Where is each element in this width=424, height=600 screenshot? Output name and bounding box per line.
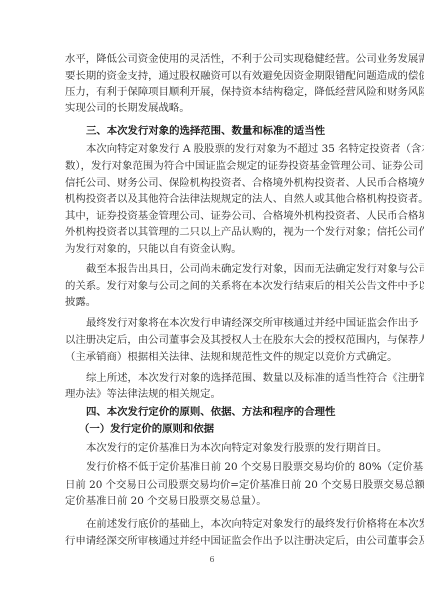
text-line: 外机构投资者以其管理的二只以上产品认购的，视为一个发行对象；信托公司作 — [65, 226, 361, 239]
text-line: 日前 20 个交易日公司股票交易均价=定价基准日前 20 个交易日股票交易总额/ — [65, 479, 361, 492]
text-line: 信托公司、财务公司、保险机构投资者、合格境外机构投资者、人民币合格境外 — [65, 177, 361, 190]
section-heading: 四、本次发行定价的原则、依据、方法和程序的合理性 — [65, 406, 361, 419]
text-line: 为发行对象的，只能以自有资金认购。 — [65, 243, 361, 256]
text-line: （主承销商）根据相关法律、法规和规范性文件的规定以竞价方式确定。 — [65, 351, 361, 364]
page-number: 6 — [0, 555, 424, 564]
text-line: 定价基准日前 20 个交易日股票交易总量）。 — [65, 495, 361, 508]
text-line: 机构投资者以及其他符合法律法规规定的法人、自然人或其他合格机构投资者。 — [65, 193, 361, 206]
text-line: 截至本报告出具日，公司尚未确定发行对象，因而无法确定发行对象与公司 — [65, 263, 361, 276]
text-line: 其中，证券投资基金管理公司、证券公司、合格境外机构投资者、人民币合格境 — [65, 210, 361, 223]
text-line: 要长期的资金支持，通过股权融资可以有效避免因资金期限错配问题造成的偿债 — [65, 70, 361, 83]
text-line: 在前述发行底价的基础上，本次向特定对象发行的最终发行价格将在本次发 — [65, 518, 361, 531]
text-line: 披露。 — [65, 296, 361, 309]
document-page: 水平，降低公司资金使用的灵活性，不利于公司实现稳健经营。公司业务发展需要长期的资… — [0, 0, 424, 600]
text-line: 压力，有利于保障项目顺利开展，保持资本结构稳定，降低经营风险和财务风险， — [65, 86, 361, 99]
text-line: 以注册决定后，由公司董事会及其授权人士在股东大会的授权范围内，与保荐人 — [65, 334, 361, 347]
text-line: 行申请经深交所审核通过并经中国证监会作出予以注册决定后，由公司董事会及 — [65, 535, 361, 548]
section-heading: （一）发行定价的原则和依据 — [65, 423, 361, 436]
text-line: 最终发行对象将在本次发行申请经深交所审核通过并经中国证监会作出予 — [65, 317, 361, 330]
text-line: 本次向特定对象发行 A 股股票的发行对象为不超过 35 名特定投资者（含本 — [65, 143, 361, 156]
section-heading: 三、本次发行对象的选择范围、数量和标准的适当性 — [65, 125, 361, 138]
text-line: 水平，降低公司资金使用的灵活性，不利于公司实现稳健经营。公司业务发展需 — [65, 53, 361, 66]
text-line: 本次发行的定价基准日为本次向特定对象发行股票的发行期首日。 — [65, 442, 361, 455]
text-line: 数），发行对象范围为符合中国证监会规定的证券投资基金管理公司、证券公司、 — [65, 160, 361, 173]
text-line: 的关系。发行对象与公司之间的关系将在本次发行结束后的相关公告文件中予以 — [65, 280, 361, 293]
text-line: 理办法》等法律法规的相关规定。 — [65, 388, 361, 401]
text-line: 发行价格不低于定价基准日前 20 个交易日股票交易均价的 80%（定价基准 — [65, 461, 361, 474]
text-line: 综上所述，本次发行对象的选择范围、数量以及标准的适当性符合《注册管 — [65, 372, 361, 385]
text-line: 实现公司的长期发展战略。 — [65, 102, 361, 115]
